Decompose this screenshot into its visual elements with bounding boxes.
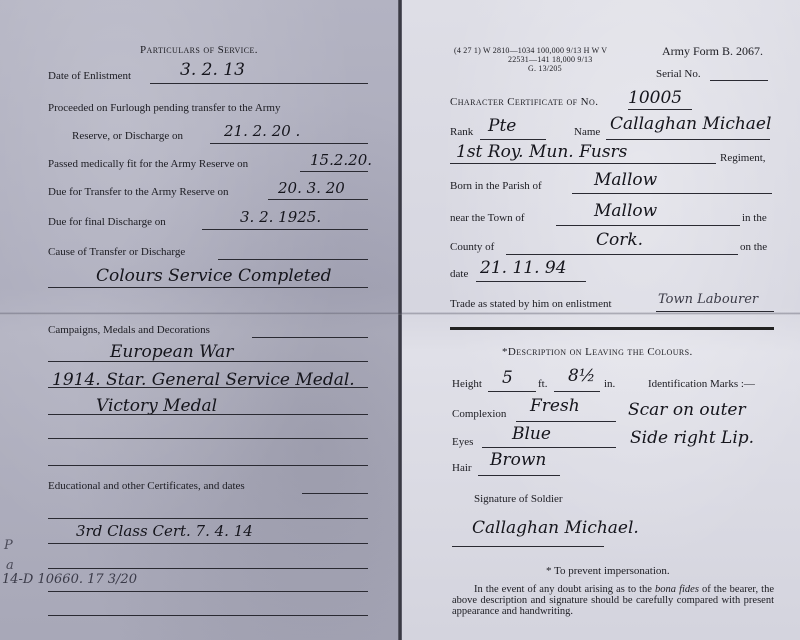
cause-label: Cause of Transfer or Discharge — [48, 246, 185, 258]
ft-label: ft. — [538, 378, 547, 390]
cause-rule — [218, 259, 368, 260]
town-label: near the Town of — [450, 212, 524, 224]
footnote-title: * To prevent impersonation. — [546, 565, 670, 577]
eyes-value: Blue — [512, 424, 551, 444]
medically-fit-rule — [300, 171, 368, 172]
furlough-label-2: Reserve, or Discharge on — [72, 130, 183, 142]
name-rule — [606, 139, 770, 140]
final-discharge-label: Due for final Discharge on — [48, 216, 166, 228]
complexion-label: Complexion — [452, 408, 506, 420]
education-rule-2 — [48, 543, 368, 544]
regiment-label: Regiment, — [720, 152, 766, 164]
trade-label: Trade as stated by him on enlistment — [450, 298, 612, 310]
campaign-rule-4 — [48, 438, 368, 439]
date-rule — [476, 281, 586, 282]
print-code-line-3: G. 13/205 — [528, 64, 562, 73]
transfer-due-value: 20. 3. 20 — [278, 179, 345, 197]
height-ft-value: 5 — [502, 368, 513, 388]
print-code-line-2: 22531—141 18,000 9/13 — [508, 55, 592, 64]
height-in-rule — [554, 391, 600, 392]
name-value: Callaghan Michael — [610, 114, 771, 134]
form-name: Army Form B. 2067. — [662, 44, 763, 59]
campaign-rule-2 — [48, 387, 368, 388]
hair-label: Hair — [452, 462, 472, 474]
medically-fit-label: Passed medically fit for the Army Reserv… — [48, 158, 248, 170]
furlough-rule — [210, 143, 368, 144]
county-value: Cork. — [596, 230, 643, 250]
margin-note-1: P — [4, 538, 13, 553]
right-page-character-certificate: (4 27 1) W 2810—1034 100,000 9/13 H W V … — [402, 0, 800, 640]
height-label: Height — [452, 378, 482, 390]
education-rule — [302, 493, 368, 494]
identification-marks-line-1: Scar on outer — [628, 400, 746, 420]
campaign-rule-3 — [48, 414, 368, 415]
final-discharge-value: 3. 2. 1925. — [240, 208, 321, 226]
enlistment-rule — [150, 83, 368, 84]
certificate-label: Character Certificate of No. — [450, 96, 598, 108]
description-title: *Description on Leaving the Colours. — [502, 346, 693, 358]
transfer-due-label: Due for Transfer to the Army Reserve on — [48, 186, 229, 198]
county-rule — [506, 254, 738, 255]
serial-label: Serial No. — [656, 68, 701, 80]
hair-value: Brown — [490, 450, 546, 470]
name-label: Name — [574, 126, 600, 138]
regiment-value: 1st Roy. Mun. Fusrs — [456, 142, 627, 162]
margin-note-3: 14-D 10660. 17 3/20 — [2, 572, 137, 587]
parish-rule — [572, 193, 772, 194]
section-divider — [450, 327, 774, 330]
furlough-label-1: Proceeded on Furlough pending transfer t… — [48, 102, 280, 114]
horizontal-fold-line — [0, 312, 800, 315]
education-rule-5 — [48, 615, 368, 616]
enlistment-label: Date of Enlistment — [48, 70, 131, 82]
rank-label: Rank — [450, 126, 473, 138]
margin-note-2: a — [6, 558, 14, 573]
campaign-rule-1 — [48, 361, 368, 362]
parish-value: Mallow — [594, 170, 657, 190]
serial-rule — [710, 80, 768, 81]
education-rule-4 — [48, 591, 368, 592]
date-value: 21. 11. 94 — [480, 258, 567, 278]
date-label: date — [450, 268, 468, 280]
furlough-value: 21. 2. 20 . — [224, 122, 300, 140]
final-discharge-rule — [202, 229, 368, 230]
campaigns-label: Campaigns, Medals and Decorations — [48, 324, 210, 336]
enlistment-value: 3. 2. 13 — [180, 60, 245, 80]
hair-rule — [478, 475, 560, 476]
footnote-text: In the event of any doubt arising as to … — [452, 584, 774, 617]
identification-marks-line-2: Side right Lip. — [630, 428, 754, 448]
town-value: Mallow — [594, 201, 657, 221]
identification-marks-label: Identification Marks :— — [648, 378, 755, 390]
education-rule-1 — [48, 518, 368, 519]
eyes-label: Eyes — [452, 436, 473, 448]
education-label: Educational and other Certificates, and … — [48, 480, 245, 492]
in-label: in. — [604, 378, 615, 390]
complexion-value: Fresh — [530, 396, 580, 416]
campaign-line-3: Victory Medal — [96, 396, 217, 416]
county-label: County of — [450, 241, 494, 253]
eyes-rule — [482, 447, 616, 448]
left-page-particulars-of-service: Particulars of Service. Date of Enlistme… — [0, 0, 398, 640]
transfer-due-rule — [268, 199, 368, 200]
parish-label: Born in the Parish of — [450, 180, 542, 192]
complexion-rule — [516, 421, 616, 422]
signature-value: Callaghan Michael. — [472, 518, 639, 538]
medically-fit-value: 15.2.20. — [310, 151, 372, 169]
rank-value: Pte — [488, 116, 516, 136]
signature-label: Signature of Soldier — [474, 493, 563, 505]
cause-value: Colours Service Completed — [96, 266, 332, 286]
trade-value: Town Labourer — [658, 292, 758, 307]
town-rule — [556, 225, 740, 226]
certificate-number: 10005 — [628, 88, 682, 108]
town-suffix: in the — [742, 212, 767, 224]
height-ft-rule — [488, 391, 536, 392]
certificate-rule — [628, 109, 692, 110]
county-suffix: on the — [740, 241, 767, 253]
print-code-line-1: (4 27 1) W 2810—1034 100,000 9/13 H W V — [454, 46, 607, 55]
education-value: 3rd Class Cert. 7. 4. 14 — [76, 522, 253, 540]
regiment-rule — [450, 163, 716, 164]
campaign-line-1: European War — [110, 342, 233, 362]
cause-rule-2 — [48, 287, 368, 288]
left-page-title: Particulars of Service. — [140, 44, 258, 56]
signature-rule — [452, 546, 604, 547]
campaign-rule-5 — [48, 465, 368, 466]
height-in-value: 8½ — [568, 366, 595, 386]
rank-rule — [480, 139, 546, 140]
education-rule-3 — [48, 568, 368, 569]
campaigns-rule — [252, 337, 368, 338]
